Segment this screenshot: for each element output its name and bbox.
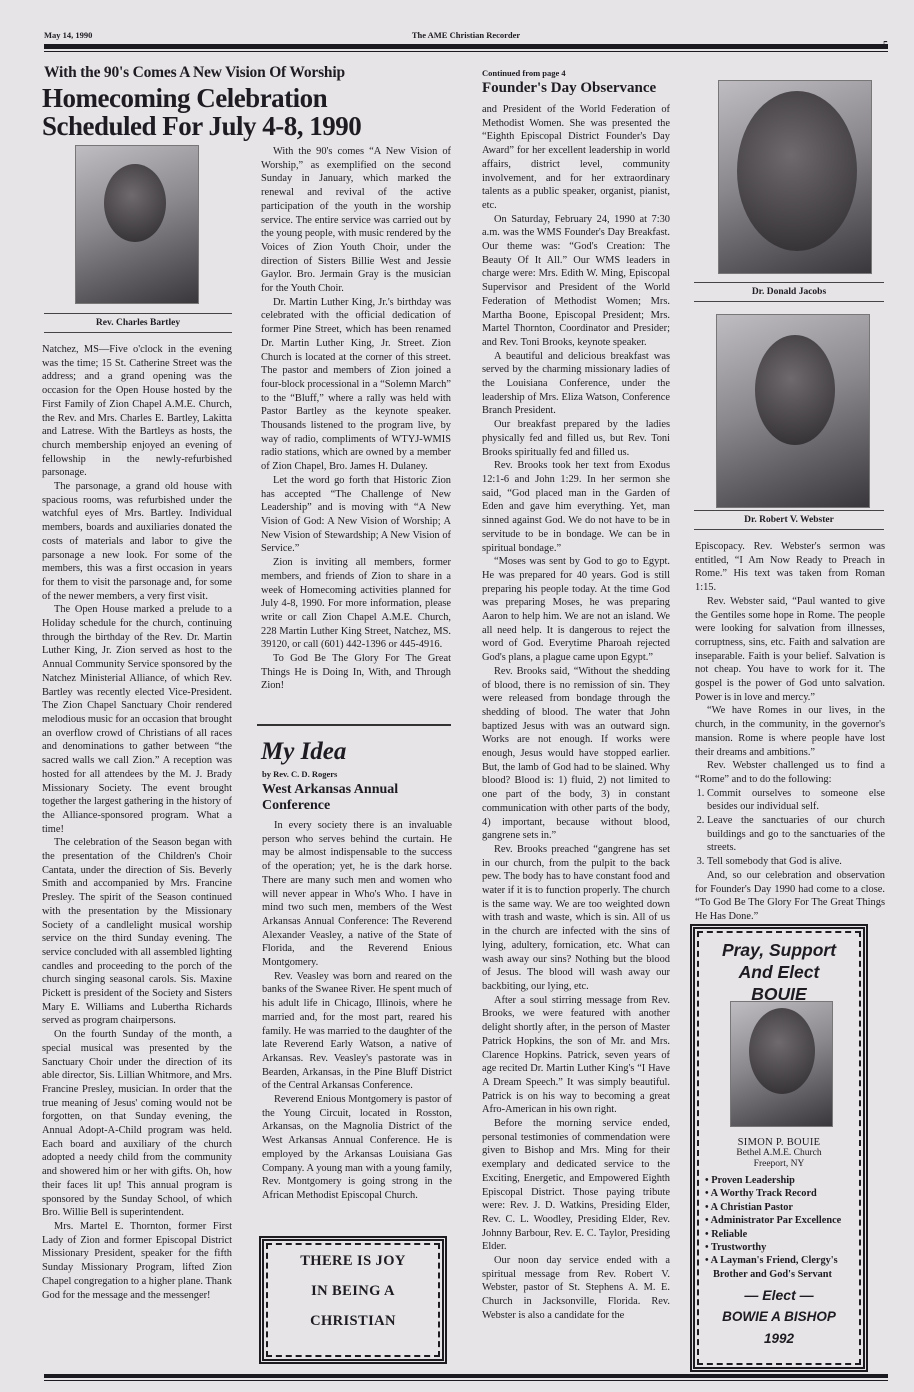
paragraph: Rev. Webster challenged us to find a “Ro… [695,759,885,786]
paragraph: Mrs. Martel E. Thornton, former First La… [42,1220,232,1302]
paragraph: With the 90's comes “A New Vision of Wor… [261,145,451,296]
photo-caption: Dr. Donald Jacobs [694,282,884,302]
paragraph: “We have Romes in our lives, in the chur… [695,704,885,759]
footer-rule [44,1374,888,1378]
headline-line-1: Homecoming Celebration [42,84,462,112]
candidate-church: Bethel A.M.E. Church [695,1148,863,1159]
ad-headline-line: Pray, Support [695,939,863,961]
list-item: • Reliable [705,1228,863,1241]
paragraph: In every society there is an invaluable … [262,819,452,970]
masthead-rule-thin [44,51,888,52]
homecoming-headline: Homecoming Celebration Scheduled For Jul… [42,84,462,140]
paragraph: Rev. Webster said, “Paul wanted to give … [695,595,885,705]
footer-rule-thin [44,1380,888,1381]
paragraph: To God Be The Glory For The Great Things… [261,652,451,693]
paragraph: Dr. Martin Luther King, Jr.'s birthday w… [261,296,451,474]
list-item: • A Layman's Friend, Clergy's Brother an… [705,1254,863,1281]
headline-line-2: Scheduled For July 4-8, 1990 [42,112,462,140]
column-title: My Idea [261,738,346,766]
photo-dr-robert-webster [716,314,870,508]
list-item: • Administrator Par Excellence [705,1214,863,1227]
paragraph: On Saturday, February 24, 1990 at 7:30 a… [482,213,670,350]
paragraph: The Open House marked a prelude to a Hol… [42,603,232,836]
masthead: May 14, 1990 The AME Christian Recorder … [44,26,888,44]
founders-day-column-1: and President of the World Federation of… [482,103,670,1323]
paragraph: Let the word go forth that Historic Zion… [261,474,451,556]
portrait-icon [737,91,857,251]
candidate-location: Freeport, NY [695,1159,863,1170]
paragraph: Our noon day service ended with a spirit… [482,1254,670,1323]
campaign-ad-bouie: Pray, Support And Elect BOUIE SIMON P. B… [690,924,868,1372]
elect-line: — Elect — [695,1287,863,1303]
paragraph: Rev. Veasley was born and reared on the … [262,970,452,1093]
portrait-icon [749,1008,815,1094]
continued-label: Continued from page 4 [482,68,566,78]
ad-headline: Pray, Support And Elect BOUIE [695,939,863,1005]
paragraph: Our breakfast prepared by the ladies phy… [482,418,670,459]
paragraph: Episcopacy. Rev. Webster's sermon was en… [695,540,885,595]
paragraph: Rev. Brooks preached “gangrene has set i… [482,843,670,994]
list-item: Commit ourselves to someone else besides… [707,787,885,814]
my-idea-body: In every society there is an invaluable … [262,819,452,1203]
joy-box-line: CHRISTIAN [264,1313,442,1330]
founders-day-headline: Founder's Day Observance [482,80,656,97]
ad-slogan: BOWIE A BISHOP [695,1309,863,1325]
publication-title: The AME Christian Recorder [44,30,888,40]
joy-box-line: IN BEING A [264,1283,442,1300]
qualities-list: • Proven Leadership • A Worthy Track Rec… [705,1174,863,1281]
photo-rev-charles-bartley [75,145,199,304]
list-item: • Proven Leadership [705,1174,863,1187]
list-item: Leave the sanctuaries of our church buil… [707,814,885,855]
paragraph: On the fourth Sunday of the month, a spe… [42,1028,232,1220]
ad-year: 1992 [695,1331,863,1347]
homecoming-kicker: With the 90's Comes A New Vision Of Wors… [44,64,345,82]
ad-headline-line: And Elect [695,961,863,983]
section-divider [257,724,451,726]
newspaper-page: May 14, 1990 The AME Christian Recorder … [0,0,914,1392]
paragraph: Rev. Brooks said, “Without the shedding … [482,665,670,843]
challenge-list: Commit ourselves to someone else besides… [695,787,885,869]
photo-dr-donald-jacobs [718,80,872,274]
paragraph: A beautiful and delicious breakfast was … [482,350,670,419]
paragraph: Before the morning service ended, person… [482,1117,670,1254]
paragraph: Natchez, MS—Five o'clock in the evening … [42,343,232,480]
paragraph: The celebration of the Season began with… [42,836,232,1028]
joy-box-line: THERE IS JOY [264,1253,442,1270]
list-item: • A Christian Pastor [705,1201,863,1214]
paragraph: and President of the World Federation of… [482,103,670,213]
founders-day-column-2: Episcopacy. Rev. Webster's sermon was en… [695,540,885,924]
paragraph: After a soul stirring message from Rev. … [482,994,670,1117]
candidate-name: SIMON P. BOUIE [695,1137,863,1148]
list-item: • A Worthy Track Record [705,1187,863,1200]
list-item: • Trustworthy [705,1241,863,1254]
photo-caption: Rev. Charles Bartley [44,313,232,333]
photo-caption: Dr. Robert V. Webster [694,510,884,530]
photo-simon-bouie [730,1001,833,1127]
paragraph: And, so our celebration and observation … [695,869,885,924]
portrait-icon [104,164,166,242]
byline: by Rev. C. D. Rogers [262,769,337,779]
paragraph: “Moses was sent by God to go to Egypt. H… [482,555,670,665]
joy-box: THERE IS JOY IN BEING A CHRISTIAN [259,1236,447,1364]
my-idea-headline: West Arkansas Annual Conference [262,782,452,813]
portrait-icon [755,335,835,445]
paragraph: The parsonage, a grand old house with sp… [42,480,232,603]
paragraph: Zion is inviting all members, former mem… [261,556,451,652]
paragraph: Rev. Brooks took her text from Exodus 12… [482,459,670,555]
paragraph: Reverend Enious Montgomery is pastor of … [262,1093,452,1203]
masthead-rule [44,44,888,49]
list-item: Tell somebody that God is alive. [707,855,885,869]
homecoming-column-1: Natchez, MS—Five o'clock in the evening … [42,343,232,1302]
homecoming-column-2: With the 90's comes “A New Vision of Wor… [261,145,451,693]
